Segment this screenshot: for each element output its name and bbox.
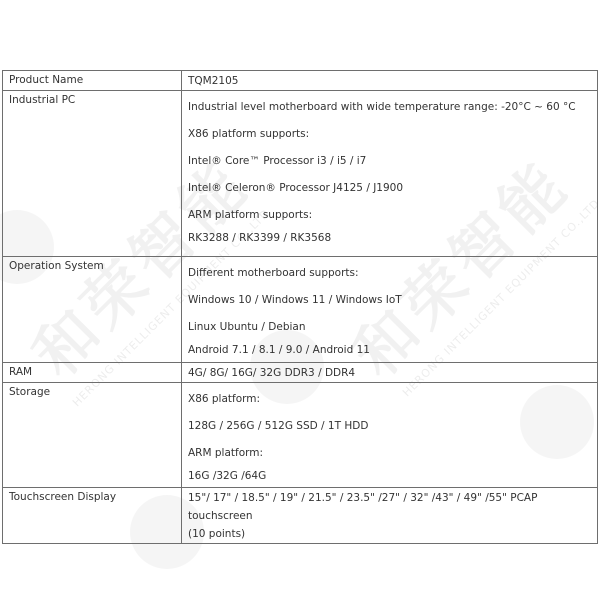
value-line: X86 platform supports: [188,125,591,143]
row-label: Touchscreen Display [3,488,182,544]
value-line: 15"/ 17" / 18.5" / 19" / 21.5" / 23.5" /… [188,489,591,525]
value-line: Linux Ubuntu / Debian [188,318,591,336]
value-line: (10 points) [188,525,591,543]
row-value: Different motherboard supports: Windows … [182,257,598,363]
table-row: Industrial PC Industrial level motherboa… [3,91,598,257]
value-line: Industrial level motherboard with wide t… [188,98,591,116]
table-row: RAM 4G/ 8G/ 16G/ 32G DDR3 / DDR4 [3,363,598,383]
row-value: 15"/ 17" / 18.5" / 19" / 21.5" / 23.5" /… [182,488,598,544]
row-label: Product Name [3,71,182,91]
row-label: RAM [3,363,182,383]
row-label: Industrial PC [3,91,182,257]
value-line: RK3288 / RK3399 / RK3568 [188,229,591,247]
row-label: Operation System [3,257,182,363]
value-line: Windows 10 / Windows 11 / Windows IoT [188,291,591,309]
value-line: 4G/ 8G/ 16G/ 32G DDR3 / DDR4 [188,364,591,382]
value-line: X86 platform: [188,390,591,408]
value-line: 128G / 256G / 512G SSD / 1T HDD [188,417,591,435]
table-row: Storage X86 platform: 128G / 256G / 512G… [3,383,598,488]
value-line: Android 7.1 / 8.1 / 9.0 / Android 11 [188,341,591,359]
table-row: Operation System Different motherboard s… [3,257,598,363]
value-line: Intel® Core™ Processor i3 / i5 / i7 [188,152,591,170]
row-value: Industrial level motherboard with wide t… [182,91,598,257]
table-row: Product Name TQM2105 [3,71,598,91]
spec-table: Product Name TQM2105 Industrial PC Indus… [2,70,598,544]
value-line: Intel® Celeron® Processor J4125 / J1900 [188,179,591,197]
row-label: Storage [3,383,182,488]
row-value: X86 platform: 128G / 256G / 512G SSD / 1… [182,383,598,488]
value-line: Different motherboard supports: [188,264,591,282]
row-value: TQM2105 [182,71,598,91]
value-line: TQM2105 [188,72,591,90]
value-line: ARM platform supports: [188,206,591,224]
table-row: Touchscreen Display 15"/ 17" / 18.5" / 1… [3,488,598,544]
row-value: 4G/ 8G/ 16G/ 32G DDR3 / DDR4 [182,363,598,383]
value-line: ARM platform: [188,444,591,462]
value-line: 16G /32G /64G [188,467,591,485]
